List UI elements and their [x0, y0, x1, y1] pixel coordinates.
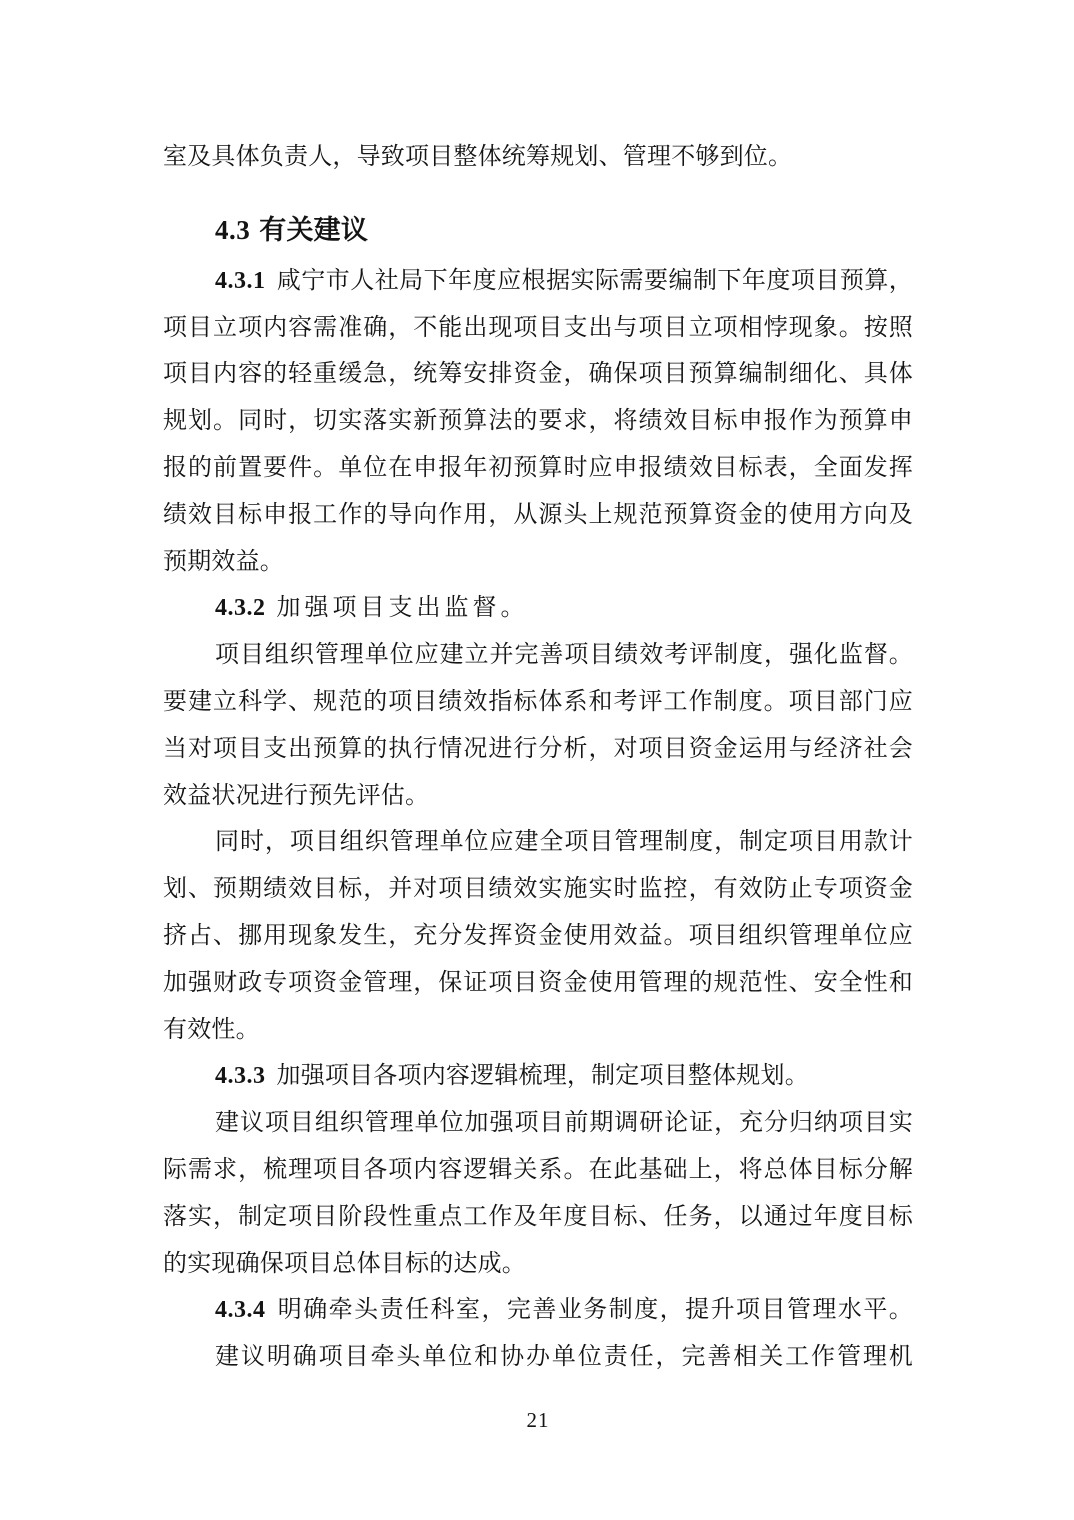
line-text: 室及具体负责人，导致项目整体统筹规划、管理不够到位。: [163, 144, 792, 170]
text-line: 的实现确保项目总体目标的达成。: [163, 1241, 913, 1288]
text-line: 项目立项内容需准确，不能出现项目支出与项目立项相悖现象。按照: [163, 305, 913, 352]
text-line: 建议项目组织管理单位加强项目前期调研论证，充分归纳项目实: [163, 1100, 913, 1147]
text-line: 室及具体负责人，导致项目整体统筹规划、管理不够到位。: [163, 134, 913, 181]
line-text: 绩效目标申报工作的导向作用，从源头上规范预算资金的使用方向及: [163, 502, 913, 528]
line-text: 有关建议: [259, 215, 368, 245]
text-line: 项目组织管理单位应建立并完善项目绩效考评制度，强化监督。: [163, 632, 913, 679]
line-text: 效益状况进行预先评估。: [163, 783, 429, 809]
text-line: 预期效益。: [163, 539, 913, 586]
section-number: 4.3.3: [215, 1063, 277, 1089]
text-line: 4.3.1咸宁市人社局下年度应根据实际需要编制下年度项目预算，: [163, 258, 913, 305]
text-line: 有效性。: [163, 1007, 913, 1054]
text-line: 要建立科学、规范的项目绩效指标体系和考评工作制度。项目部门应: [163, 679, 913, 726]
text-line: 挤占、挪用现象发生，充分发挥资金使用效益。项目组织管理单位应: [163, 913, 913, 960]
text-line: 4.3.3加强项目各项内容逻辑梳理，制定项目整体规划。: [163, 1053, 913, 1100]
text-line: 报的前置要件。单位在申报年初预算时应申报绩效目标表，全面发挥: [163, 445, 913, 492]
line-text: 加强项目各项内容逻辑梳理，制定项目整体规划。: [277, 1063, 809, 1089]
line-text: 划、预期绩效目标，并对项目绩效实施实时监控，有效防止专项资金: [163, 876, 913, 902]
text-line: 4.3.4明确牵头责任科室，完善业务制度，提升项目管理水平。: [163, 1287, 913, 1334]
section-number: 4.3.2: [215, 595, 277, 621]
line-text: 项目立项内容需准确，不能出现项目支出与项目立项相悖现象。按照: [163, 315, 913, 341]
page-number: 21: [163, 1406, 913, 1434]
document-body: 室及具体负责人，导致项目整体统筹规划、管理不够到位。 4.3有关建议 4.3.1…: [163, 134, 913, 1381]
line-text: 落实，制定项目阶段性重点工作及年度目标、任务，以通过年度目标: [163, 1204, 913, 1230]
text-line: 规划。同时，切实落实新预算法的要求，将绩效目标申报作为预算申: [163, 398, 913, 445]
text-line: 同时，项目组织管理单位应建全项目管理制度，制定项目用款计: [163, 819, 913, 866]
text-line: 项目内容的轻重缓急，统筹安排资金，确保项目预算编制细化、具体: [163, 351, 913, 398]
line-text: 加强项目支出监督。: [277, 595, 529, 621]
text-line: 划、预期绩效目标，并对项目绩效实施实时监控，有效防止专项资金: [163, 866, 913, 913]
section-heading: 4.3有关建议: [163, 207, 913, 254]
line-text: 建议项目组织管理单位加强项目前期调研论证，充分归纳项目实: [215, 1110, 913, 1136]
text-line: 4.3.2加强项目支出监督。: [163, 585, 913, 632]
line-text: 咸宁市人社局下年度应根据实际需要编制下年度项目预算，: [277, 268, 914, 294]
text-line: 际需求，梳理项目各项内容逻辑关系。在此基础上，将总体目标分解: [163, 1147, 913, 1194]
text-line: 效益状况进行预先评估。: [163, 773, 913, 820]
line-text: 报的前置要件。单位在申报年初预算时应申报绩效目标表，全面发挥: [163, 455, 913, 481]
text-line: 落实，制定项目阶段性重点工作及年度目标、任务，以通过年度目标: [163, 1194, 913, 1241]
line-text: 项目内容的轻重缓急，统筹安排资金，确保项目预算编制细化、具体: [163, 361, 913, 387]
line-text: 有效性。: [163, 1017, 260, 1043]
section-number: 4.3.1: [215, 268, 277, 294]
line-text: 明确牵头责任科室，完善业务制度，提升项目管理水平。: [277, 1297, 914, 1323]
line-text: 预期效益。: [163, 549, 284, 575]
line-text: 要建立科学、规范的项目绩效指标体系和考评工作制度。项目部门应: [163, 689, 913, 715]
section-number: 4.3.4: [215, 1297, 277, 1323]
text-line: 当对项目支出预算的执行情况进行分析，对项目资金运用与经济社会: [163, 726, 913, 773]
text-line: 绩效目标申报工作的导向作用，从源头上规范预算资金的使用方向及: [163, 492, 913, 539]
text-line: 建议明确项目牵头单位和协办单位责任，完善相关工作管理机: [163, 1334, 913, 1381]
line-text: 挤占、挪用现象发生，充分发挥资金使用效益。项目组织管理单位应: [163, 923, 913, 949]
line-text: 当对项目支出预算的执行情况进行分析，对项目资金运用与经济社会: [163, 736, 913, 762]
document-page: 室及具体负责人，导致项目整体统筹规划、管理不够到位。 4.3有关建议 4.3.1…: [0, 0, 1074, 1520]
line-text: 项目组织管理单位应建立并完善项目绩效考评制度，强化监督。: [215, 642, 913, 668]
line-text: 际需求，梳理项目各项内容逻辑关系。在此基础上，将总体目标分解: [163, 1157, 913, 1183]
line-text: 同时，项目组织管理单位应建全项目管理制度，制定项目用款计: [215, 829, 913, 855]
line-text: 的实现确保项目总体目标的达成。: [163, 1251, 526, 1277]
text-line: 加强财政专项资金管理，保证项目资金使用管理的规范性、安全性和: [163, 960, 913, 1007]
line-text: 规划。同时，切实落实新预算法的要求，将绩效目标申报作为预算申: [163, 408, 913, 434]
section-number: 4.3: [215, 215, 259, 245]
line-text: 建议明确项目牵头单位和协办单位责任，完善相关工作管理机: [215, 1344, 913, 1370]
line-text: 加强财政专项资金管理，保证项目资金使用管理的规范性、安全性和: [163, 970, 913, 996]
